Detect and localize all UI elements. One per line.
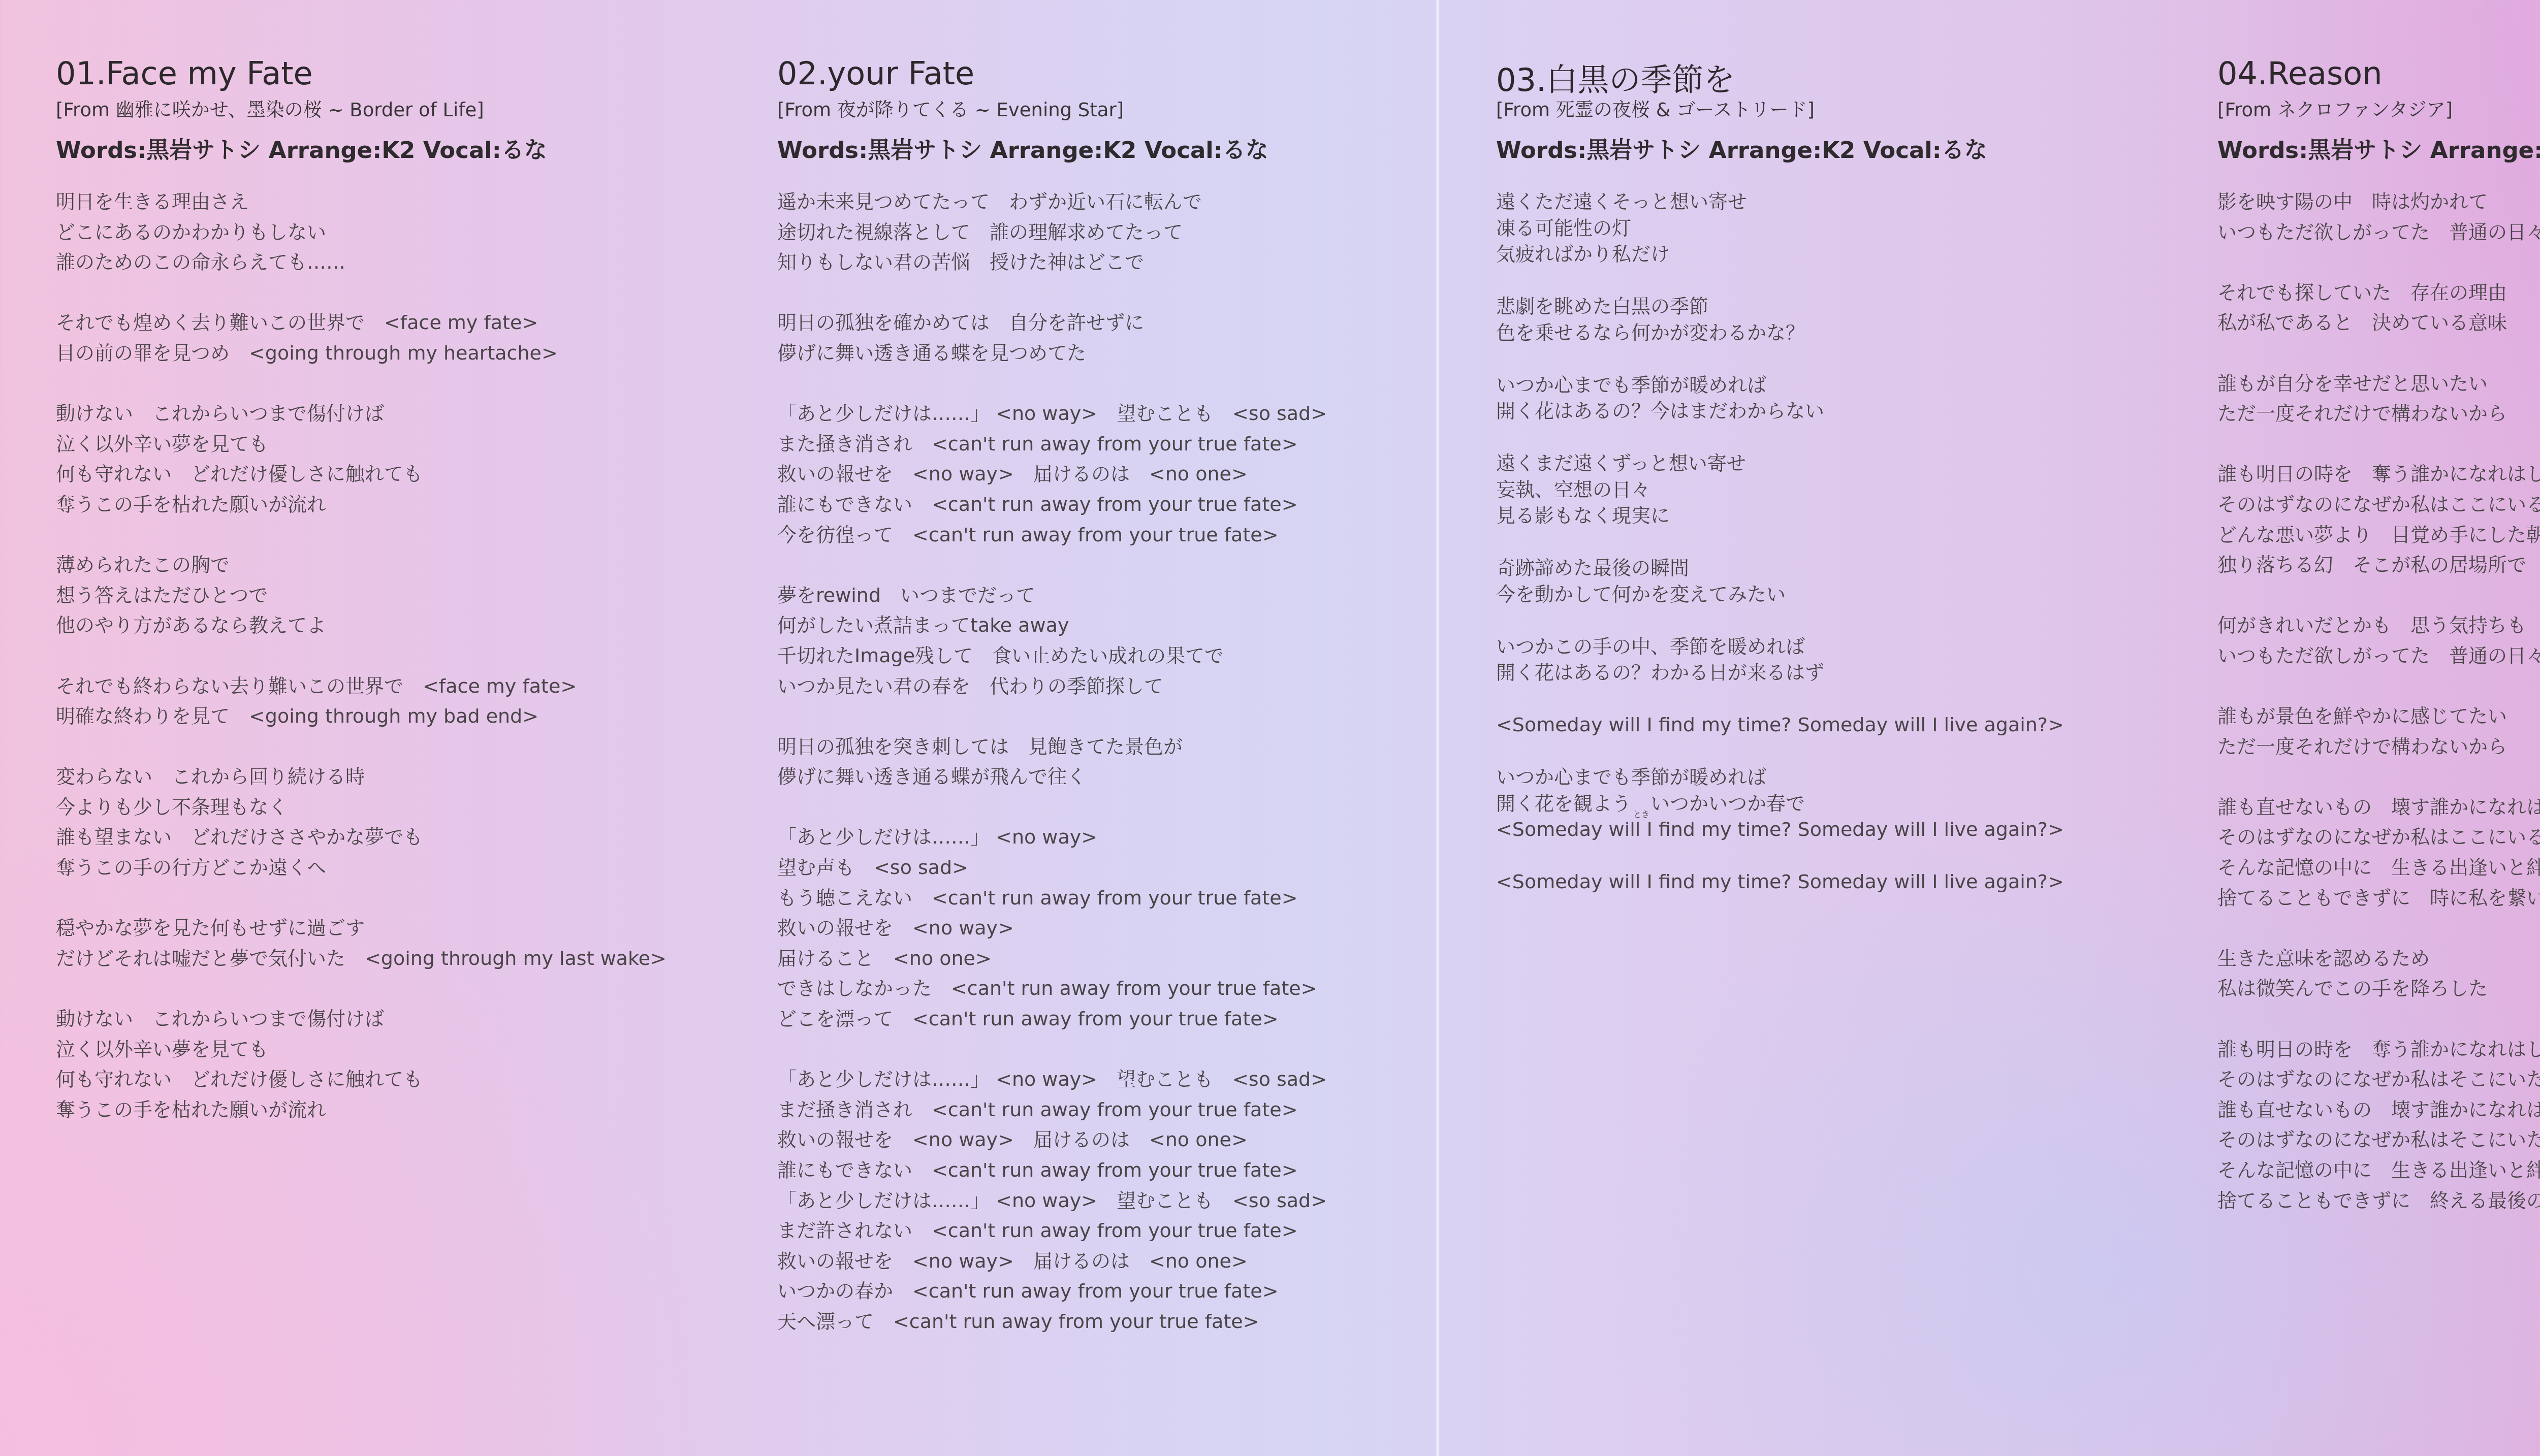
lyric-line: 儚げに舞い透き通る蝶を見つめてた <box>777 338 1327 369</box>
lyric-line: 何がしたい煮詰まってtake away <box>777 610 1327 641</box>
stanza-gap <box>2217 338 2540 369</box>
lyric-line: 誰も望まない どれだけささやかな夢でも <box>56 822 666 853</box>
lyric-line: <Someday will I find my time? Someday wi… <box>1496 712 2064 738</box>
lyric-line: 奪うこの手を枯れた願いが流れ <box>56 490 666 520</box>
lyric-line: できはしなかった <can't run away from your true … <box>777 974 1327 1004</box>
lyric-line: 凍る可能性の灯 <box>1496 215 2064 242</box>
lyric-line: 今を彷徨って <can't run away from your true fa… <box>777 520 1327 551</box>
lyric-line: いつもただ欲しがってた 普通の日々を <box>2217 217 2540 248</box>
stanza-gap <box>1496 529 2064 556</box>
song-source: [From 夜が降りてくる ~ Evening Star] <box>777 94 1124 122</box>
song-source: [From ネクロファンタジア] <box>2217 94 2453 122</box>
lyric-line: 悲劇を眺めた白黒の季節 <box>1496 294 2064 320</box>
lyric-line: 他のやり方があるなら教えてよ <box>56 610 666 641</box>
lyric-line: 明日の孤独を確かめては 自分を許せずに <box>777 308 1327 338</box>
lyric-line: 奪うこの手を枯れた願いが流れ <box>56 1095 666 1125</box>
lyric-line: 穏やかな夢を見た何もせずに過ごす <box>56 913 666 944</box>
lyrics-block: 明日を生きる理由さえどこにあるのかわかりもしない誰のためのこの命永らえても……そ… <box>56 187 666 1125</box>
lyric-line: 誰も直せないもの 壊す誰かになれはしない <box>2217 1095 2540 1125</box>
lyric-line: 奇跡諦めた最後の瞬間 <box>1496 555 2064 581</box>
lyric-line: 誰にもできない <can't run away from your true f… <box>777 1155 1327 1186</box>
lyric-line: どこを漂って <can't run away from your true fa… <box>777 1004 1327 1034</box>
lyric-line: 影を映す陽の中 時は灼かれて <box>2217 187 2540 217</box>
song-source: [From 幽雅に咲かせ、墨染の桜 ~ Border of Life] <box>56 94 484 122</box>
song-credits: Words:黒岩サトシ Arrange:K2 Vocal:るな <box>2217 132 2540 165</box>
stanza-gap <box>56 974 666 1004</box>
song-title: 04.Reason <box>2217 55 2383 92</box>
lyric-line: 誰もが景色を鮮やかに感じてたい <box>2217 701 2540 732</box>
lyric-line: 天へ漂って <can't run away from your true fat… <box>777 1307 1327 1337</box>
stanza-gap <box>777 1034 1327 1065</box>
stanza-gap <box>777 369 1327 399</box>
lyric-line: 何も守れない どれだけ優しさに触れても <box>56 1064 666 1095</box>
stanza-gap <box>2217 671 2540 702</box>
lyric-line: 開く花はあるの？わかる日が来るはず <box>1496 660 2064 686</box>
lyric-line: 遠くただ遠くそっと想い寄せ <box>1496 189 2064 215</box>
lyric-line: ただ一度それだけで構わないから <box>2217 399 2540 429</box>
stanza-gap <box>56 520 666 551</box>
stanza-gap <box>1496 607 2064 634</box>
lyric-line: 「あと少しだけは……」 <no way> <box>777 822 1327 853</box>
lyric-line: 動けない これからいつまで傷付けば <box>56 399 666 429</box>
lyrics-block: 影を映す陽の中 時は灼かれていつもただ欲しがってた 普通の日々をそれでも探してい… <box>2217 187 2540 1216</box>
lyric-line: 生きた意味を認めるため <box>2217 944 2540 974</box>
stanza-gap <box>1496 686 2064 713</box>
lyric-line: それでも探していた 存在の理由 <box>2217 278 2540 308</box>
lyric-line: <Someday will I find my time? Someday wi… <box>1496 869 2064 895</box>
lyric-line: そんな記憶の中に 生きる出逢いと絆だけは <box>2217 853 2540 883</box>
lyric-line: そのはずなのになぜか私はここにいる <box>2217 822 2540 853</box>
song-title: 03.白黒の季節を <box>1496 55 1735 100</box>
lyric-line: いつかこの手の中、季節を暖めれば <box>1496 634 2064 660</box>
lyric-line: まだ許されない <can't run away from your true f… <box>777 1216 1327 1246</box>
lyric-line: 救いの報せを <no way> 届けるのは <no one> <box>777 459 1327 490</box>
stanza-gap <box>1496 346 2064 372</box>
song-credits: Words:黒岩サトシ Arrange:K2 Vocal:るな <box>1496 132 1987 165</box>
lyric-line: いつか見たい君の春を 代わりの季節探して <box>777 671 1327 702</box>
lyric-line: 動けない これからいつまで傷付けば <box>56 1004 666 1034</box>
stanza-gap <box>2217 1004 2540 1034</box>
song-credits: Words:黒岩サトシ Arrange:K2 Vocal:るな <box>777 132 1268 165</box>
lyric-line: 目の前の罪を見つめ <going through my heartache> <box>56 338 666 369</box>
lyric-line: 色を乗せるなら何かが変わるかな？ <box>1496 320 2064 346</box>
lyric-line: 今よりも少し不条理もなく <box>56 792 666 823</box>
booklet-center-fold <box>1436 0 1440 1456</box>
lyric-line: 誰もが自分を幸せだと思いたい <box>2217 369 2540 399</box>
lyric-line: そのはずなのになぜか私はそこにいた <box>2217 1064 2540 1095</box>
lyric-line: 気疲ればかり私だけ <box>1496 241 2064 268</box>
stanza-gap <box>2217 429 2540 460</box>
lyric-line: 私は微笑んでこの手を降ろした <box>2217 974 2540 1004</box>
lyric-line: 知りもしない君の苦悩 授けた神はどこで <box>777 247 1327 278</box>
lyric-line: 救いの報せを <no way> 届けるのは <no one> <box>777 1125 1327 1155</box>
lyric-line: 誰のためのこの命永らえても…… <box>56 247 666 278</box>
lyric-line: 遠くまだ遠くずっと想い寄せ <box>1496 450 2064 477</box>
lyric-line: 救いの報せを <no way> 届けるのは <no one> <box>777 1246 1327 1277</box>
lyric-line: 変わらない これから回り続ける時 <box>56 762 666 792</box>
lyric-line: それでも煌めく去り難いこの世界で <face my fate> <box>56 308 666 338</box>
lyric-line: 誰にもできない <can't run away from your true f… <box>777 490 1327 520</box>
lyric-line: 届けること <no one> <box>777 944 1327 974</box>
stanza-gap <box>777 792 1327 823</box>
lyric-line: 救いの報せを <no way> <box>777 913 1327 944</box>
lyric-line: <Someday will I find my time? Someday wi… <box>1496 817 2064 843</box>
lyric-line: もう聴こえない <can't run away from your true f… <box>777 883 1327 914</box>
stanza-gap <box>777 550 1327 580</box>
lyric-line: どんな悪い夢より 目覚め手にした朝を捨てて <box>2217 520 2540 551</box>
lyric-line: 何も守れない どれだけ優しさに触れても <box>56 459 666 490</box>
stanza-gap <box>777 701 1327 732</box>
lyric-line: 私が私であると 決めている意味 <box>2217 308 2540 338</box>
lyric-line: いつもただ欲しがってた 普通の日々に <box>2217 641 2540 671</box>
lyric-line: 泣く以外辛い夢を見ても <box>56 1034 666 1065</box>
lyric-line: 「あと少しだけは……」 <no way> 望むことも <so sad> <box>777 1186 1327 1216</box>
lyric-line: 開く花を観よう いつかいつか春で <box>1496 791 2064 817</box>
lyric-line: 「あと少しだけは……」 <no way> 望むことも <so sad> <box>777 399 1327 429</box>
lyric-line: 泣く以外辛い夢を見ても <box>56 429 666 460</box>
lyrics-block: 遥か未来見つめてたって わずか近い石に転んで途切れた視線落として 誰の理解求めて… <box>777 187 1327 1337</box>
stanza-gap <box>56 278 666 308</box>
song-title: 01.Face my Fate <box>56 55 313 92</box>
song-credits: Words:黒岩サトシ Arrange:K2 Vocal:るな <box>56 132 547 165</box>
lyric-line: そんな記憶の中に 生きる出逢いと絆だけは <box>2217 1155 2540 1186</box>
lyric-line: いつかの春か <can't run away from your true fa… <box>777 1276 1327 1307</box>
stanza-gap <box>56 883 666 914</box>
lyric-line: 妄執、空想の日々 <box>1496 477 2064 503</box>
lyric-line: 奪うこの手の行方どこか遠くへ <box>56 853 666 883</box>
stanza-gap <box>2217 762 2540 792</box>
lyric-line: 開く花はあるの？今はまだわからない <box>1496 398 2064 425</box>
lyrics-block: 遠くただ遠くそっと想い寄せ凍る可能性の灯気疲ればかり私だけ悲劇を眺めた白黒の季節… <box>1496 189 2064 895</box>
lyric-line: 誰も直せないもの 壊す誰かになれはしない <box>2217 792 2540 823</box>
lyric-line: 誰も明日の時を 奪う誰かになれはしない <box>2217 1034 2540 1065</box>
lyric-line: 途切れた視線落として 誰の理解求めてたって <box>777 217 1327 248</box>
lyric-line: 夢をrewind いつまでだって <box>777 580 1327 611</box>
lyric-line: 薄められたこの胸で <box>56 550 666 580</box>
stanza-gap <box>777 278 1327 308</box>
lyric-line: 「あと少しだけは……」 <no way> 望むことも <so sad> <box>777 1064 1327 1095</box>
lyric-line: 見る影もなく現実に <box>1496 503 2064 529</box>
lyric-line: 独り落ちる幻 そこが私の居場所で <box>2217 550 2540 580</box>
lyric-line: 儚げに舞い透き通る蝶が飛んで往く <box>777 762 1327 792</box>
lyric-line: 捨てることもできずに 時に私を繋いで <box>2217 883 2540 914</box>
lyric-line: ただ一度それだけで構わないから <box>2217 732 2540 762</box>
stanza-gap <box>56 641 666 671</box>
lyric-line: まだ掻き消され <can't run away from your true f… <box>777 1095 1327 1125</box>
stanza-gap <box>2217 580 2540 611</box>
stanza-gap <box>1496 425 2064 451</box>
lyric-line: 遥か未来見つめてたって わずか近い石に転んで <box>777 187 1327 217</box>
stanza-gap <box>1496 843 2064 869</box>
lyric-line: 明日を生きる理由さえ <box>56 187 666 217</box>
lyric-line: 望む声も <so sad> <box>777 853 1327 883</box>
song-title: 02.your Fate <box>777 55 974 92</box>
lyric-line: どこにあるのかわかりもしない <box>56 217 666 248</box>
lyric-line: 今を動かして何かを変えてみたい <box>1496 581 2064 608</box>
lyric-line: 何がきれいだとかも 思う気持ちも <box>2217 610 2540 641</box>
lyric-line: そのはずなのになぜか私はそこにいた <box>2217 1125 2540 1155</box>
lyric-line: いつか心までも季節が暖めれば <box>1496 764 2064 791</box>
lyric-line: 捨てることもできずに 終える最後の時まで <box>2217 1186 2540 1216</box>
stanza-gap <box>56 732 666 762</box>
lyric-line: 想う答えはただひとつで <box>56 580 666 611</box>
stanza-gap <box>1496 738 2064 765</box>
lyric-line: 明確な終わりを見て <going through my bad end> <box>56 701 666 732</box>
lyric-line: 明日の孤独を突き刺しては 見飽きてた景色が <box>777 732 1327 762</box>
furigana: とき <box>1633 811 1649 819</box>
lyric-line: また掻き消され <can't run away from your true f… <box>777 429 1327 460</box>
lyric-line: 千切れたImage残して 食い止めたい成れの果てで <box>777 641 1327 671</box>
lyric-line: いつか心までも季節が暖めれば <box>1496 372 2064 399</box>
lyric-line: だけどそれは嘘だと夢で気付いた <going through my last w… <box>56 944 666 974</box>
stanza-gap <box>2217 913 2540 944</box>
lyric-line: それでも終わらない去り難いこの世界で <face my fate> <box>56 671 666 702</box>
stanza-gap <box>1496 268 2064 294</box>
lyric-line: 誰も明日の時を 奪う誰かになれはしない <box>2217 459 2540 490</box>
song-source: [From 死霊の夜桜 & ゴーストリード] <box>1496 94 1815 122</box>
stanza-gap <box>2217 247 2540 278</box>
lyric-line: そのはずなのになぜか私はここにいる <box>2217 490 2540 520</box>
stanza-gap <box>56 369 666 399</box>
